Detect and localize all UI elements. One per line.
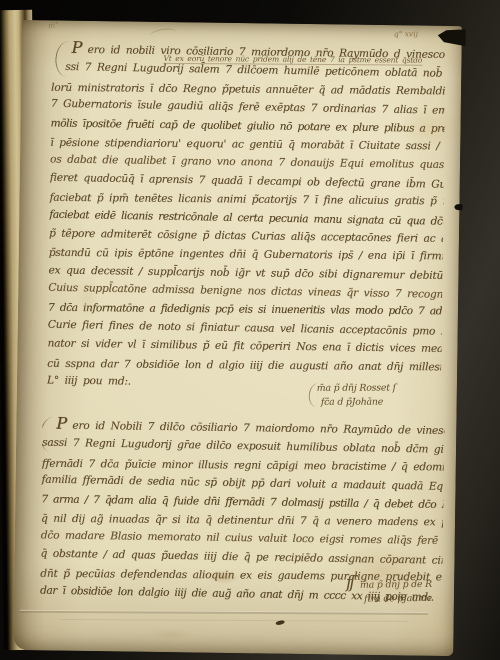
paper-stain: [386, 99, 473, 156]
edge-notch-mark: [454, 204, 462, 210]
folio-number: q° xvij: [394, 29, 418, 39]
manuscript-line: q̄ nil dij ag̃ inuadas q̃r si ita q̄ det…: [41, 510, 443, 532]
manuscript-line: ī pēsione stipendiarioru' equoru' ac gen…: [50, 134, 444, 156]
fold-crease: [20, 610, 428, 615]
ink-blot: [275, 620, 285, 625]
manuscript-text-block: ero id nobili viro cōsiliario 7 maiordom…: [47, 40, 446, 395]
initial-letter: P: [71, 40, 82, 56]
registration-line: fc̄a d p̃Johāne: [317, 395, 396, 409]
manuscript-line: cū sspna dar 7 obsidiōe lon d algio iiij…: [47, 354, 441, 376]
registration-note-1: m̄a p̃ dn̄j Rosset ſ fc̄a d p̃Johāne: [317, 382, 396, 409]
paper-stain: [141, 626, 201, 643]
corner-damage-mark: [438, 29, 466, 46]
registration-line: m̄a p̃ dn̄j Rosset ſ: [317, 382, 396, 396]
manuscript-page: ṁ° q° xvij P Vt ex eorū tenore nūc pride…: [13, 20, 462, 656]
letter-entry-1: P Vt ex eorū tenore nūc pridem alij de t…: [46, 40, 445, 419]
faint-scribble-mark: [149, 27, 176, 41]
manuscript-photo: ṁ° q° xvij P Vt ex eorū tenore nūc pride…: [0, 0, 500, 660]
initial-letter: P: [56, 416, 67, 432]
paper-stain: [200, 567, 246, 588]
corner-annotation: ṁ°: [47, 20, 59, 30]
